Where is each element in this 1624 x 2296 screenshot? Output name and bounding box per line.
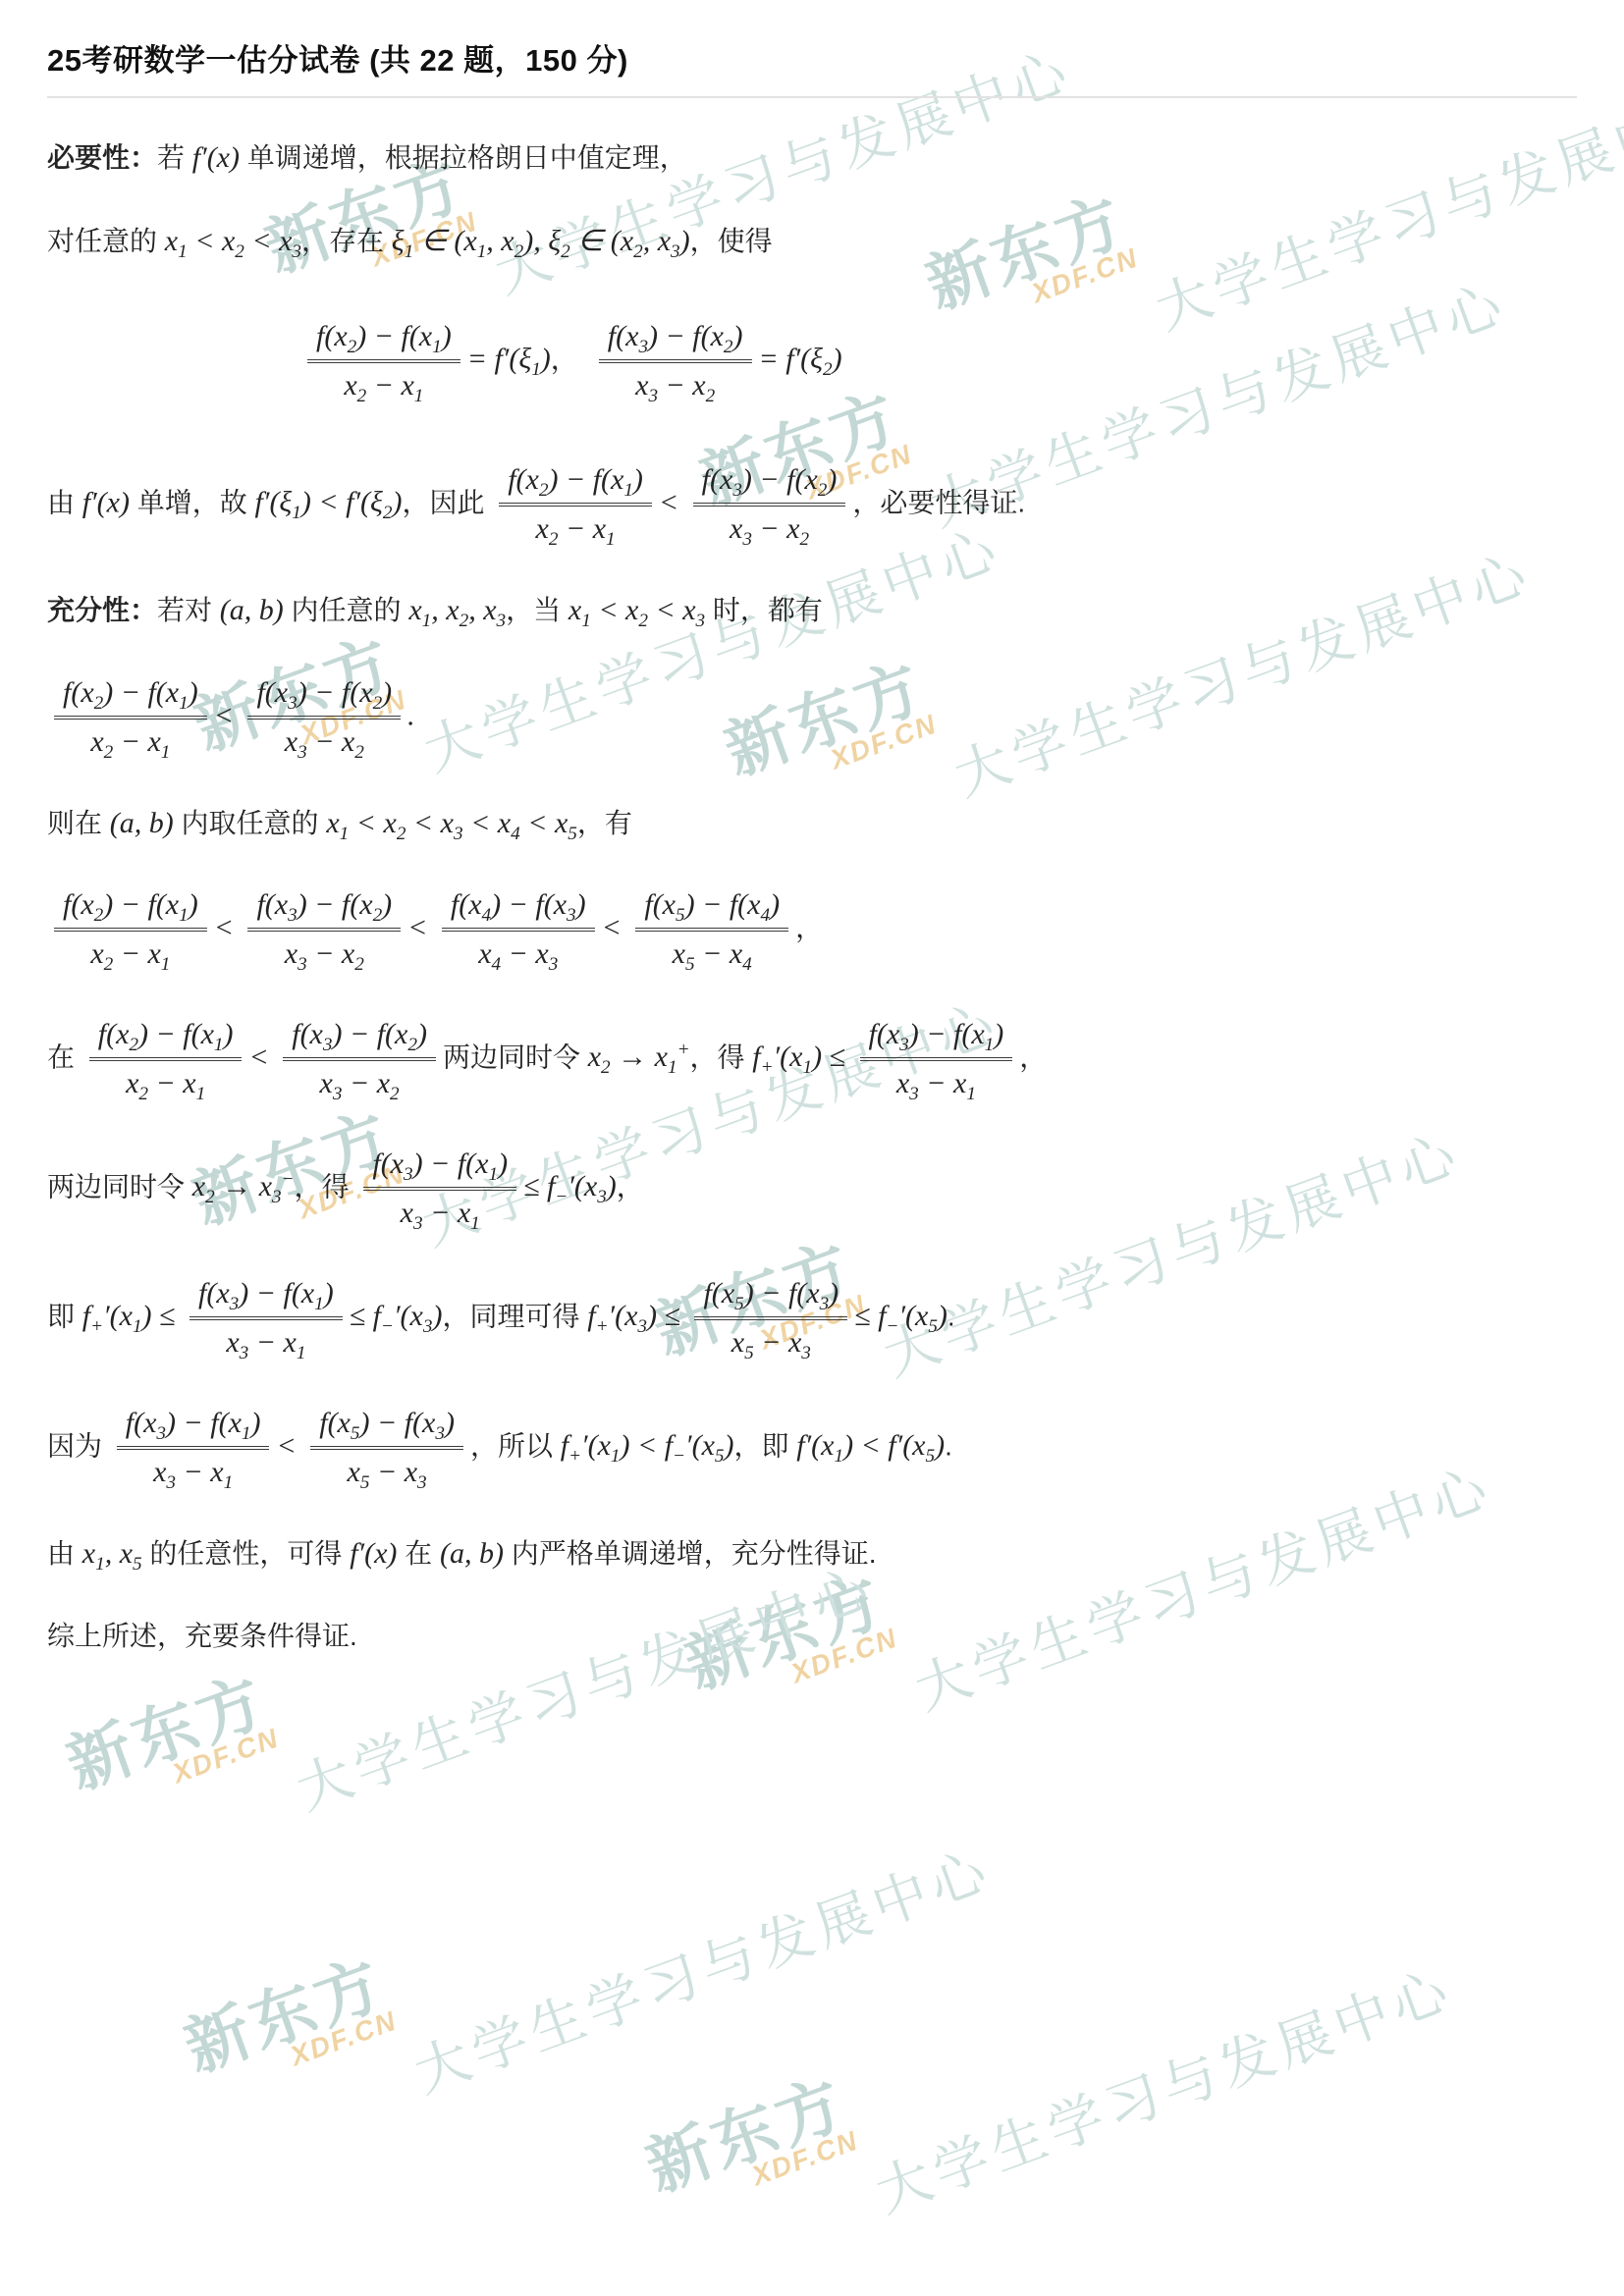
fraction: f(x2) − f(x1)x2 − x1 <box>89 1017 243 1101</box>
fraction-numerator: f(x3) − f(x2) <box>599 319 752 363</box>
subscript: 3 <box>497 611 507 631</box>
subscript: 1 <box>488 1164 498 1185</box>
fraction: f(x3) − f(x1)x3 − x1 <box>363 1147 516 1231</box>
fraction-numerator: f(x3) − f(x1) <box>189 1276 343 1320</box>
paragraph: 综上所述，充要条件得证. <box>47 1615 1577 1657</box>
document-page: 新东方XDF.CN大学生学习与发展中心新东方XDF.CN大学生学习与发展中心新东… <box>0 0 1624 2296</box>
fraction: f(x3) − f(x2)x3 − x2 <box>247 887 401 972</box>
text-run: 即 <box>47 1301 82 1331</box>
subscript: 1 <box>161 954 171 975</box>
subscript: 3 <box>292 241 301 262</box>
section-label: 充分性： <box>47 595 157 625</box>
text-run: ， <box>551 344 592 374</box>
subscript: 2 <box>539 480 549 501</box>
fraction-denominator: x3 − x1 <box>860 1061 1013 1101</box>
subscript: 2 <box>549 529 559 550</box>
fraction: f(x4) − f(x3)x4 − x3 <box>442 887 595 972</box>
math-run: f′(x) <box>350 1537 397 1570</box>
text-run: 时，都有 <box>705 595 823 625</box>
subscript: 1 <box>834 1446 843 1467</box>
title-divider <box>47 96 1577 98</box>
subscript: 3 <box>567 905 576 926</box>
math-run: x1 < x2 < x3 <box>165 225 301 257</box>
fraction-denominator: x3 − x2 <box>693 507 846 547</box>
subscript: 3 <box>417 1472 427 1493</box>
text-run: 则在 <box>47 808 110 838</box>
text-run: ，当 <box>506 595 568 625</box>
subscript: 2 <box>818 480 828 501</box>
subscript: 5 <box>715 1446 725 1467</box>
math-run: < <box>659 486 686 518</box>
text-run: ， <box>1019 1041 1047 1072</box>
subscript: 1 <box>470 1213 480 1234</box>
subscript: 2 <box>357 386 367 406</box>
fraction-denominator: x3 − x1 <box>363 1191 516 1231</box>
subscript: 2 <box>724 337 733 357</box>
subscript: 2 <box>823 359 833 380</box>
text-run: 在 <box>397 1538 440 1569</box>
subscript: 3 <box>423 1316 433 1337</box>
subscript: 2 <box>354 742 364 763</box>
text-run: 的任意性，可得 <box>142 1538 351 1569</box>
text-run: 若对 <box>157 595 220 625</box>
math-run: (a, b) <box>110 807 174 839</box>
subscript: 2 <box>390 1084 400 1104</box>
paragraph: 由 f′(x) 单增，故 f′(ξ1) < f′(ξ2)，因此 f(x2) − … <box>47 458 1577 551</box>
math-run: (a, b) <box>440 1537 504 1570</box>
math-run: ≤ f−′(x3) <box>350 1300 443 1332</box>
subscript: + <box>596 1316 609 1337</box>
math-run: < <box>276 1429 303 1462</box>
math-run: f′(x1) < f′(x5) <box>796 1429 945 1462</box>
subscript: 1 <box>161 742 171 763</box>
subscript: 3 <box>909 1084 919 1104</box>
subscript: 2 <box>138 1084 148 1104</box>
fraction-numerator: f(x5) − f(x4) <box>635 887 788 932</box>
subscript: 1 <box>133 1316 142 1337</box>
text-run: ，存在 <box>301 226 392 256</box>
fraction-denominator: x3 − x1 <box>117 1450 270 1490</box>
fraction-numerator: f(x4) − f(x3) <box>442 887 595 932</box>
subscript: 3 <box>899 1035 909 1055</box>
subscript: 3 <box>549 954 559 975</box>
text-run: 综上所述，充要条件得证. <box>47 1621 357 1651</box>
subscript: 3 <box>230 1294 240 1314</box>
text-run: 两边同时令 <box>47 1171 192 1201</box>
fraction-numerator: f(x3) − f(x2) <box>283 1017 436 1061</box>
subscript: 3 <box>166 1472 176 1493</box>
subscript: 3 <box>298 954 307 975</box>
watermark-logo: 新东方XDF.CN <box>638 2069 862 2222</box>
subscript: 1 <box>966 1084 976 1104</box>
superscript: − <box>282 1169 295 1190</box>
fraction-numerator: f(x3) − f(x2) <box>247 887 401 932</box>
subscript: 2 <box>383 503 393 523</box>
subscript: 3 <box>637 1316 647 1337</box>
paragraph: 由 x1, x5 的任意性，可得 f′(x) 在 (a, b) 内严格单调递增，… <box>47 1531 1577 1577</box>
subscript: 3 <box>288 693 298 714</box>
subscript: 5 <box>568 824 577 844</box>
subscript: 3 <box>801 1343 811 1363</box>
subscript: 1 <box>477 241 487 262</box>
subscript: 3 <box>671 241 680 262</box>
subscript: 2 <box>407 1035 417 1055</box>
text-run: . <box>945 1430 952 1461</box>
subscript: 1 <box>606 529 616 550</box>
subscript: 1 <box>95 1554 105 1575</box>
subscript: 3 <box>648 386 658 406</box>
fraction-denominator: x5 − x4 <box>635 932 788 972</box>
subscript: 2 <box>129 1035 138 1055</box>
subscript: 3 <box>454 824 463 844</box>
math-run: < <box>214 911 242 943</box>
paragraph: 则在 (a, b) 内取任意的 x1 < x2 < x3 < x4 < x5，有 <box>47 801 1577 847</box>
subscript: 1 <box>623 480 633 501</box>
fraction-denominator: x2 − x1 <box>54 932 207 972</box>
fraction-numerator: f(x3) − f(x1) <box>363 1147 516 1191</box>
subscript: 1 <box>340 824 350 844</box>
paragraph: 即 f+′(x1) ≤ f(x3) − f(x1)x3 − x1≤ f−′(x3… <box>47 1272 1577 1364</box>
subscript: 1 <box>668 1057 677 1078</box>
fraction-denominator: x3 − x2 <box>283 1061 436 1101</box>
math-run: x1 < x2 < x3 < x4 < x5 <box>326 807 577 839</box>
text-run: ， <box>617 1171 644 1201</box>
subscript: 1 <box>314 1294 324 1314</box>
math-run: < <box>602 911 629 943</box>
subscript: 3 <box>156 1423 166 1444</box>
subscript: 1 <box>214 1035 224 1055</box>
subscript: 5 <box>133 1554 142 1575</box>
math-run: < <box>407 911 435 943</box>
text-run: ，即 <box>733 1430 796 1461</box>
subscript: 1 <box>531 359 541 380</box>
subscript: 1 <box>802 1057 812 1078</box>
subscript: 5 <box>360 1472 370 1493</box>
subscript: 4 <box>492 954 502 975</box>
watermark-logo: 新东方XDF.CN <box>59 1667 283 1820</box>
xdf-logo-text: 新东方 <box>177 1949 393 2081</box>
subscript: 2 <box>348 337 357 357</box>
math-run: ξ1 ∈ (x1, x2), ξ2 ∈ (x2, x3) <box>392 225 690 257</box>
text-run: ，得 <box>690 1041 753 1072</box>
subscript: 1 <box>432 337 442 357</box>
watermark-banner: 大学生学习与发展中心 <box>869 1961 1460 2221</box>
subscript: − <box>381 1316 394 1337</box>
paragraph: f(x2) − f(x1)x2 − x1< f(x3) − f(x2)x3 − … <box>47 671 1577 764</box>
math-run: < <box>214 699 242 731</box>
fraction-numerator: f(x3) − f(x1) <box>117 1406 270 1450</box>
fraction-denominator: x3 − x2 <box>599 363 752 403</box>
math-run: x2 → x1+ <box>588 1041 690 1073</box>
subscript: 2 <box>514 241 524 262</box>
fraction: f(x3) − f(x1)x3 − x1 <box>117 1406 270 1490</box>
subscript: 5 <box>744 1343 754 1363</box>
subscript: + <box>761 1057 774 1078</box>
fraction-numerator: f(x5) − f(x3) <box>694 1276 847 1320</box>
math-run: f+′(x1) ≤ <box>82 1300 183 1332</box>
subscript: 1 <box>985 1035 995 1055</box>
math-run: ≤ f−′(x3) <box>523 1170 617 1202</box>
paragraph: f(x2) − f(x1)x2 − x1< f(x3) − f(x2)x3 − … <box>47 883 1577 976</box>
subscript: 4 <box>482 905 492 926</box>
subscript: 2 <box>104 742 114 763</box>
subscript: 2 <box>460 611 469 631</box>
subscript: 5 <box>734 1294 744 1314</box>
solution-body: 必要性：若 f′(x) 单调递增，根据拉格朗日中值定理，对任意的 x1 < x2… <box>47 135 1577 1657</box>
subscript: 2 <box>235 241 244 262</box>
fraction-denominator: x4 − x3 <box>442 932 595 972</box>
fraction: f(x3) − f(x2)x3 − x2 <box>599 319 752 403</box>
fraction: f(x3) − f(x2)x3 − x2 <box>693 462 846 547</box>
subscript: 2 <box>397 824 406 844</box>
fraction: f(x5) − f(x3)x5 − x3 <box>694 1276 847 1361</box>
xdf-domain-text: XDF.CN <box>80 1724 283 1820</box>
subscript: 2 <box>561 241 570 262</box>
subscript: 1 <box>179 693 189 714</box>
subscript: 2 <box>706 386 716 406</box>
math-run: = f′(ξ2) <box>759 343 842 375</box>
fraction-numerator: f(x3) − f(x2) <box>247 675 401 720</box>
subscript: 5 <box>351 1423 360 1444</box>
subscript: 3 <box>597 1187 607 1207</box>
subscript: 3 <box>272 1187 282 1207</box>
paragraph: 在 f(x2) − f(x1)x2 − x1< f(x3) − f(x2)x3 … <box>47 1013 1577 1105</box>
math-run: f′(ξ1) < f′(ξ2) <box>255 486 403 518</box>
subscript: 5 <box>676 905 685 926</box>
subscript: 3 <box>732 480 742 501</box>
subscript: 3 <box>323 1035 333 1055</box>
text-run: . <box>947 1301 955 1331</box>
math-run: f+′(x3) ≤ <box>587 1300 687 1332</box>
text-run: 内严格单调递增，充分性得证. <box>504 1538 877 1569</box>
subscript: 1 <box>422 611 432 631</box>
subscript: + <box>568 1446 581 1467</box>
subscript: 4 <box>742 954 752 975</box>
fraction-denominator: x2 − x1 <box>499 507 652 547</box>
content-area: 25考研数学一估分试卷 (共 22 题，150 分) 必要性：若 f′(x) 单… <box>0 0 1624 1657</box>
subscript: 3 <box>298 742 307 763</box>
fraction: f(x3) − f(x2)x3 − x2 <box>247 675 401 760</box>
watermark-logo: 新东方XDF.CN <box>177 1949 401 2103</box>
math-run: x1, x5 <box>82 1537 142 1570</box>
text-run: ，有 <box>577 808 632 838</box>
xdf-domain-text: XDF.CN <box>659 2126 862 2222</box>
math-run: x1, x2, x3 <box>408 594 506 626</box>
text-run: ， <box>795 912 823 942</box>
subscript: 3 <box>413 1213 423 1234</box>
subscript: 2 <box>94 693 104 714</box>
text-run: 在 <box>47 1041 82 1072</box>
text-run: 单增，故 <box>130 487 255 517</box>
fraction-numerator: f(x2) − f(x1) <box>307 319 460 363</box>
math-run: f′(x) <box>192 141 240 174</box>
watermark-banner: 大学生学习与发展中心 <box>407 1842 999 2102</box>
fraction-numerator: f(x3) − f(x2) <box>693 462 846 507</box>
text-run: ，使得 <box>690 226 773 256</box>
paragraph: 两边同时令 x2 → x3−，得 f(x3) − f(x1)x3 − x1≤ f… <box>47 1143 1577 1235</box>
xdf-logo-text: 新东方 <box>638 2069 854 2201</box>
subscript: 3 <box>638 337 648 357</box>
subscript: + <box>90 1316 103 1337</box>
paragraph: 充分性：若对 (a, b) 内任意的 x1, x2, x3，当 x1 < x2 … <box>47 588 1577 634</box>
subscript: 1 <box>297 1343 306 1363</box>
paragraph: 因为 f(x3) − f(x1)x3 − x1< f(x5) − f(x3)x5… <box>47 1402 1577 1494</box>
subscript: 1 <box>414 386 424 406</box>
section-label: 必要性： <box>47 142 157 173</box>
text-run: ，因此 <box>402 487 492 517</box>
subscript: 3 <box>404 1164 413 1185</box>
subscript: 1 <box>581 611 591 631</box>
math-run: (a, b) <box>220 594 284 626</box>
fraction: f(x3) − f(x2)x3 − x2 <box>283 1017 436 1101</box>
fraction: f(x5) − f(x3)x5 − x3 <box>310 1406 463 1490</box>
xdf-domain-text: XDF.CN <box>197 2006 401 2103</box>
text-run: 单调递增，根据拉格朗日中值定理， <box>240 142 687 173</box>
text-run: 对任意的 <box>47 226 165 256</box>
subscript: 2 <box>633 241 643 262</box>
subscript: 2 <box>601 1057 611 1078</box>
subscript: 2 <box>104 954 114 975</box>
subscript: 1 <box>242 1423 251 1444</box>
math-run: x2 → x3− <box>192 1170 295 1202</box>
subscript: 2 <box>638 611 648 631</box>
display-equation: f(x2) − f(x1)x2 − x1= f′(ξ1)， f(x3) − f(… <box>300 315 1577 407</box>
text-run: ，得 <box>295 1171 357 1201</box>
subscript: 1 <box>611 1446 621 1467</box>
subscript: 1 <box>196 1084 206 1104</box>
fraction: f(x2) − f(x1)x2 − x1 <box>499 462 652 547</box>
fraction-numerator: f(x2) − f(x1) <box>54 887 207 932</box>
page-title: 25考研数学一估分试卷 (共 22 题，150 分) <box>47 35 1577 80</box>
subscript: 5 <box>685 954 695 975</box>
subscript: − <box>555 1187 568 1207</box>
fraction-denominator: x2 − x1 <box>54 720 207 760</box>
subscript: 1 <box>224 1472 234 1493</box>
subscript: − <box>673 1446 685 1467</box>
subscript: 3 <box>333 1084 343 1104</box>
subscript: 2 <box>373 905 383 926</box>
fraction-denominator: x5 − x3 <box>310 1450 463 1490</box>
subscript: 1 <box>292 503 301 523</box>
fraction-numerator: f(x2) − f(x1) <box>89 1017 243 1061</box>
fraction: f(x3) − f(x1)x3 − x1 <box>860 1017 1013 1101</box>
fraction-denominator: x5 − x3 <box>694 1320 847 1361</box>
subscript: 2 <box>205 1187 215 1207</box>
subscript: 3 <box>288 905 298 926</box>
subscript: 5 <box>928 1316 938 1337</box>
fraction: f(x2) − f(x1)x2 − x1 <box>307 319 460 403</box>
fraction-denominator: x3 − x1 <box>189 1320 343 1361</box>
subscript: 3 <box>820 1294 830 1314</box>
text-run: 内取任意的 <box>174 808 327 838</box>
text-run: 因为 <box>47 1430 110 1461</box>
text-run: ，必要性得证. <box>852 487 1025 517</box>
superscript: + <box>677 1040 690 1060</box>
fraction-denominator: x2 − x1 <box>307 363 460 403</box>
text-run: ，所以 <box>470 1430 561 1461</box>
subscript: 1 <box>179 905 189 926</box>
fraction-numerator: f(x2) − f(x1) <box>499 462 652 507</box>
text-run: 若 <box>157 142 192 173</box>
xdf-logo-text: 新东方 <box>59 1667 275 1798</box>
fraction-numerator: f(x3) − f(x1) <box>860 1017 1013 1061</box>
subscript: 2 <box>94 905 104 926</box>
fraction-denominator: x2 − x1 <box>89 1061 243 1101</box>
fraction-denominator: x3 − x2 <box>247 932 401 972</box>
fraction: f(x2) − f(x1)x2 − x1 <box>54 887 207 972</box>
math-run: f+′(x1) ≤ <box>752 1041 852 1073</box>
subscript: 2 <box>354 954 364 975</box>
text-run: 内任意的 <box>284 595 409 625</box>
subscript: 3 <box>240 1343 249 1363</box>
text-run: 两边同时令 <box>443 1041 588 1072</box>
subscript: 3 <box>696 611 706 631</box>
math-run: f+′(x1) < f−′(x5) <box>561 1429 734 1462</box>
subscript: 1 <box>405 241 414 262</box>
math-run: f′(x) <box>82 486 130 518</box>
paragraph: 必要性：若 f′(x) 单调递增，根据拉格朗日中值定理， <box>47 135 1577 182</box>
subscript: 3 <box>435 1423 445 1444</box>
fraction-numerator: f(x2) − f(x1) <box>54 675 207 720</box>
subscript: 5 <box>926 1446 936 1467</box>
fraction: f(x3) − f(x1)x3 − x1 <box>189 1276 343 1361</box>
subscript: 4 <box>511 824 520 844</box>
text-run: 由 <box>47 487 82 517</box>
fraction-denominator: x3 − x2 <box>247 720 401 760</box>
fraction: f(x5) − f(x4)x5 − x4 <box>635 887 788 972</box>
math-run: ≤ f−′(x5) <box>854 1300 947 1332</box>
math-run: x1 < x2 < x3 <box>568 594 705 626</box>
text-run: ，同理可得 <box>442 1301 587 1331</box>
text-run: 由 <box>47 1538 82 1569</box>
subscript: 2 <box>373 693 383 714</box>
subscript: 2 <box>799 529 809 550</box>
paragraph: 对任意的 x1 < x2 < x3，存在 ξ1 ∈ (x1, x2), ξ2 ∈… <box>47 219 1577 265</box>
math-run: . <box>407 699 415 731</box>
fraction-numerator: f(x5) − f(x3) <box>310 1406 463 1450</box>
math-run: = f′(ξ1) <box>467 343 551 375</box>
subscript: − <box>886 1316 898 1337</box>
subscript: 3 <box>742 529 752 550</box>
subscript: 1 <box>178 241 188 262</box>
subscript: 4 <box>760 905 770 926</box>
math-run: < <box>248 1041 276 1073</box>
fraction: f(x2) − f(x1)x2 − x1 <box>54 675 207 760</box>
